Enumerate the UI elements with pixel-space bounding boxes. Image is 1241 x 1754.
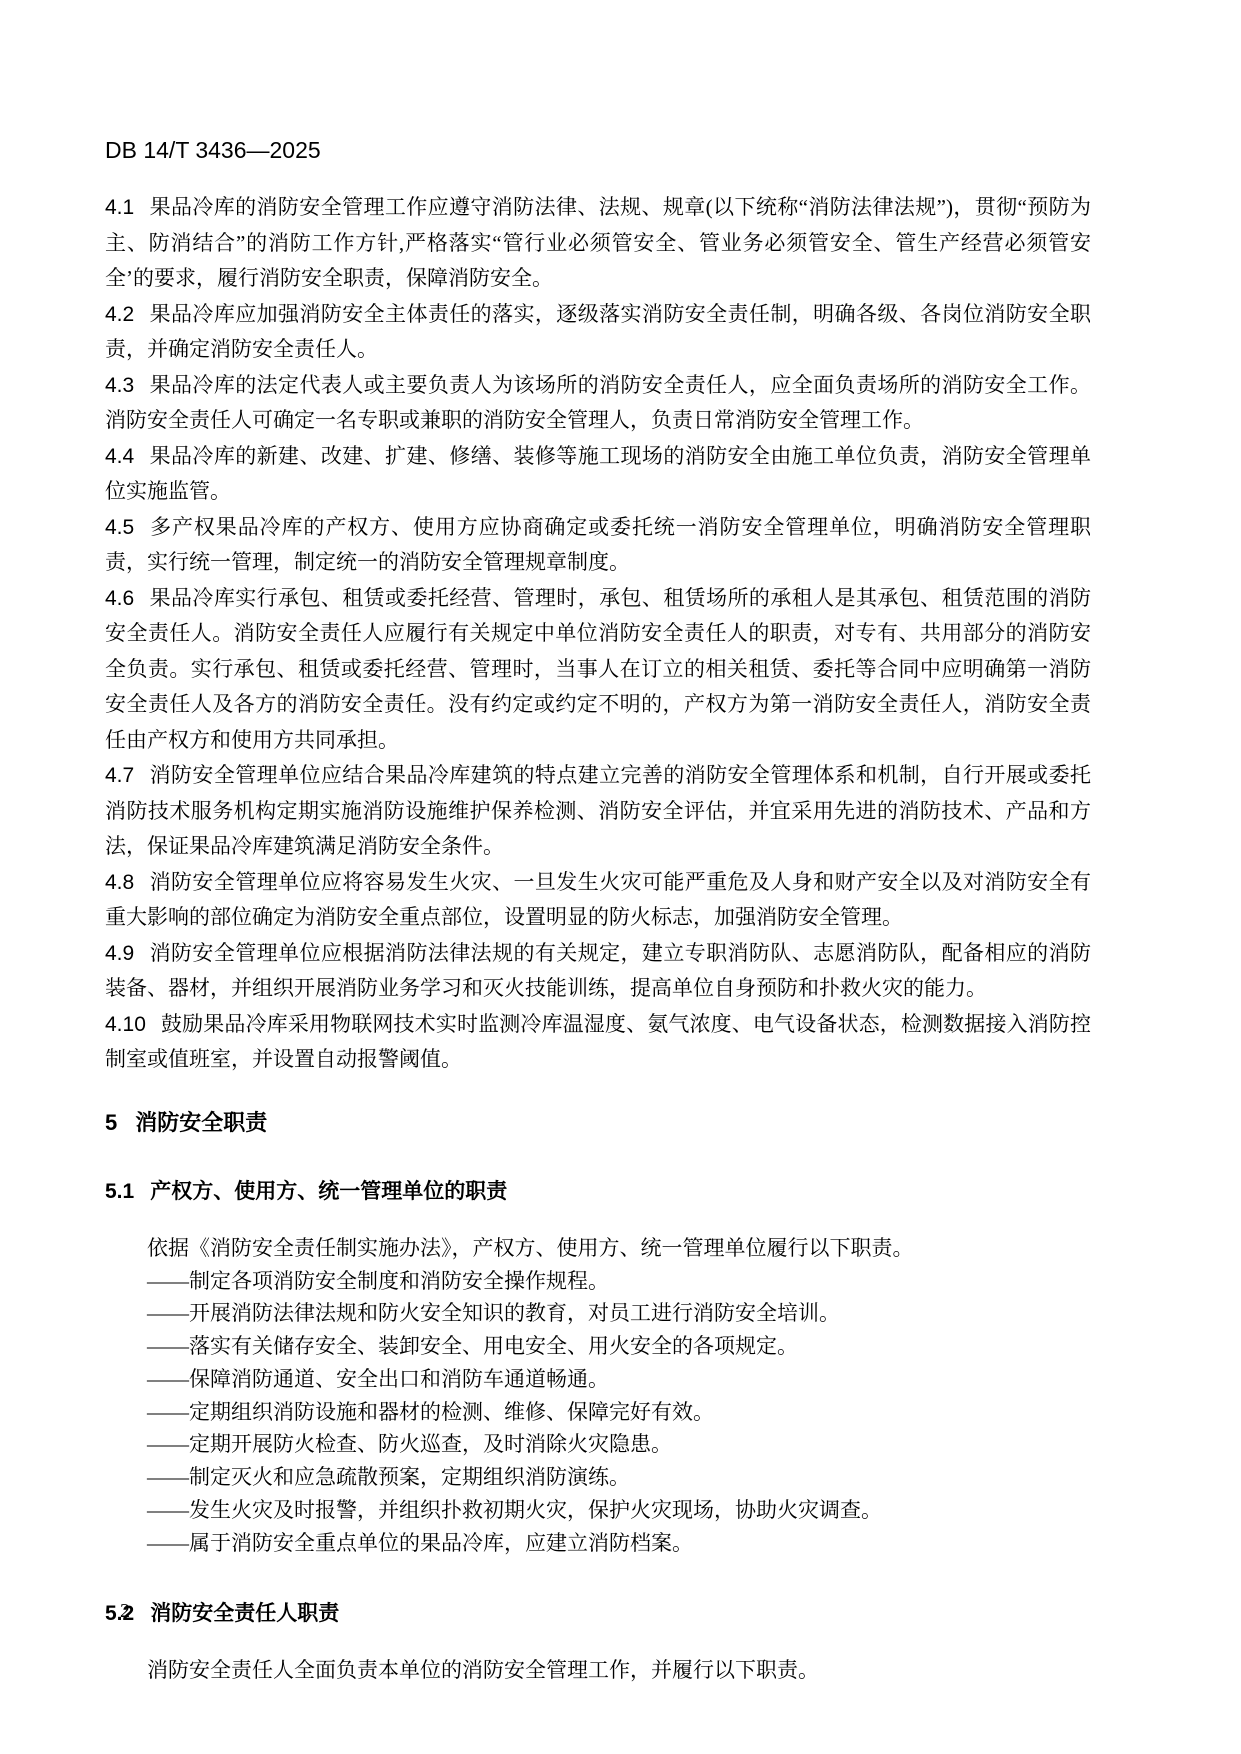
clause-4-5: 4.5多产权果品冷库的产权方、使用方应协商确定或委托统一消防安全管理单位，明确消… <box>105 510 1091 581</box>
section-number: 5 <box>105 1110 117 1135</box>
clause-number: 4.1 <box>105 196 134 219</box>
section-title: 消防安全职责 <box>135 1110 267 1135</box>
clause-text: 消防安全管理单位应结合果品冷库建筑的特点建立完善的消防安全管理体系和机制，自行开… <box>105 763 1091 858</box>
dash-list-item: ——定期组织消防设施和器材的检测、维修、保障完好有效。 <box>105 1396 1091 1429</box>
subsection-number: 5.1 <box>105 1180 134 1203</box>
duty-list: ——制定各项消防安全制度和消防安全操作规程。 ——开展消防法律法规和防火安全知识… <box>105 1265 1091 1560</box>
document-page: DB 14/T 3436—2025 4.1果品冷库的消防安全管理工作应遵守消防法… <box>0 0 1241 1754</box>
dash-list-item: ——制定灭火和应急疏散预案，定期组织消防演练。 <box>105 1461 1091 1494</box>
clause-4-8: 4.8消防安全管理单位应将容易发生火灾、一旦发生火灾可能严重危及人身和财产安全以… <box>105 865 1091 936</box>
document-code: DB 14/T 3436—2025 <box>105 136 1091 164</box>
dash-list-item: ——定期开展防火检查、防火巡查，及时消除火灾隐患。 <box>105 1428 1091 1461</box>
subsection-title: 产权方、使用方、统一管理单位的职责 <box>150 1180 507 1203</box>
clause-4-9: 4.9消防安全管理单位应根据消防法律法规的有关规定，建立专职消防队、志愿消防队，… <box>105 936 1091 1007</box>
clause-number: 4.3 <box>105 374 134 397</box>
clause-text: 果品冷库的消防安全管理工作应遵守消防法律、法规、规章(以下统称“消防法律法规”)… <box>105 195 1091 290</box>
clause-number: 4.2 <box>105 303 134 326</box>
clause-number: 4.7 <box>105 764 134 787</box>
clause-text: 消防安全管理单位应将容易发生火灾、一旦发生火灾可能严重危及人身和财产安全以及对消… <box>105 870 1091 930</box>
clause-4-1: 4.1果品冷库的消防安全管理工作应遵守消防法律、法规、规章(以下统称“消防法律法… <box>105 190 1091 297</box>
dash-list-item: ——落实有关储存安全、装卸安全、用电安全、用火安全的各项规定。 <box>105 1330 1091 1363</box>
clause-section-4: 4.1果品冷库的消防安全管理工作应遵守消防法律、法规、规章(以下统称“消防法律法… <box>105 190 1091 1078</box>
subsection-5-2-heading: 5.2消防安全责任人职责 <box>105 1600 1091 1628</box>
clause-text: 消防安全管理单位应根据消防法律法规的有关规定，建立专职消防队、志愿消防队，配备相… <box>105 941 1091 1001</box>
clause-text: 多产权果品冷库的产权方、使用方应协商确定或委托统一消防安全管理单位，明确消防安全… <box>105 515 1091 575</box>
clause-4-4: 4.4果品冷库的新建、改建、扩建、修缮、装修等施工现场的消防安全由施工单位负责，… <box>105 439 1091 510</box>
clause-text: 果品冷库的法定代表人或主要负责人为该场所的消防安全责任人，应全面负责场所的消防安… <box>105 373 1091 433</box>
subsection-title: 消防安全责任人职责 <box>150 1602 339 1625</box>
dash-list-item: ——保障消防通道、安全出口和消防车通道畅通。 <box>105 1363 1091 1396</box>
clause-4-7: 4.7消防安全管理单位应结合果品冷库建筑的特点建立完善的消防安全管理体系和机制，… <box>105 758 1091 865</box>
page-number: 2 <box>120 1600 130 1623</box>
subsection-5-2-intro: 消防安全责任人全面负责本单位的消防安全管理工作，并履行以下职责。 <box>105 1654 1091 1687</box>
clause-text: 果品冷库的新建、改建、扩建、修缮、装修等施工现场的消防安全由施工单位负责，消防安… <box>105 444 1091 504</box>
dash-list-item: ——发生火灾及时报警，并组织扑救初期火灾，保护火灾现场，协助火灾调查。 <box>105 1494 1091 1527</box>
clause-number: 4.9 <box>105 942 134 965</box>
clause-4-10: 4.10鼓励果品冷库采用物联网技术实时监测冷库温湿度、氨气浓度、电气设备状态，检… <box>105 1007 1091 1078</box>
clause-4-3: 4.3果品冷库的法定代表人或主要负责人为该场所的消防安全责任人，应全面负责场所的… <box>105 368 1091 439</box>
clause-text: 果品冷库应加强消防安全主体责任的落实，逐级落实消防安全责任制，明确各级、各岗位消… <box>105 302 1091 362</box>
subsection-5-1-heading: 5.1产权方、使用方、统一管理单位的职责 <box>105 1178 1091 1206</box>
clause-number: 4.10 <box>105 1013 146 1036</box>
clause-number: 4.5 <box>105 516 134 539</box>
dash-list-item: ——制定各项消防安全制度和消防安全操作规程。 <box>105 1265 1091 1298</box>
clause-number: 4.8 <box>105 871 134 894</box>
page-content: DB 14/T 3436—2025 4.1果品冷库的消防安全管理工作应遵守消防法… <box>105 136 1091 1687</box>
clause-number: 4.4 <box>105 445 134 468</box>
clause-text: 鼓励果品冷库采用物联网技术实时监测冷库温湿度、氨气浓度、电气设备状态，检测数据接… <box>105 1012 1091 1072</box>
dash-list-item: ——属于消防安全重点单位的果品冷库，应建立消防档案。 <box>105 1527 1091 1560</box>
clause-number: 4.6 <box>105 587 134 610</box>
clause-4-6: 4.6果品冷库实行承包、租赁或委托经营、管理时，承包、租赁场所的承租人是其承包、… <box>105 581 1091 759</box>
clause-4-2: 4.2果品冷库应加强消防安全主体责任的落实，逐级落实消防安全责任制，明确各级、各… <box>105 297 1091 368</box>
section-5-heading: 5消防安全职责 <box>105 1108 1091 1138</box>
clause-text: 果品冷库实行承包、租赁或委托经营、管理时，承包、租赁场所的承租人是其承包、租赁范… <box>105 586 1091 752</box>
subsection-5-1-intro: 依据《消防安全责任制实施办法》，产权方、使用方、统一管理单位履行以下职责。 <box>105 1232 1091 1265</box>
dash-list-item: ——开展消防法律法规和防火安全知识的教育，对员工进行消防安全培训。 <box>105 1297 1091 1330</box>
